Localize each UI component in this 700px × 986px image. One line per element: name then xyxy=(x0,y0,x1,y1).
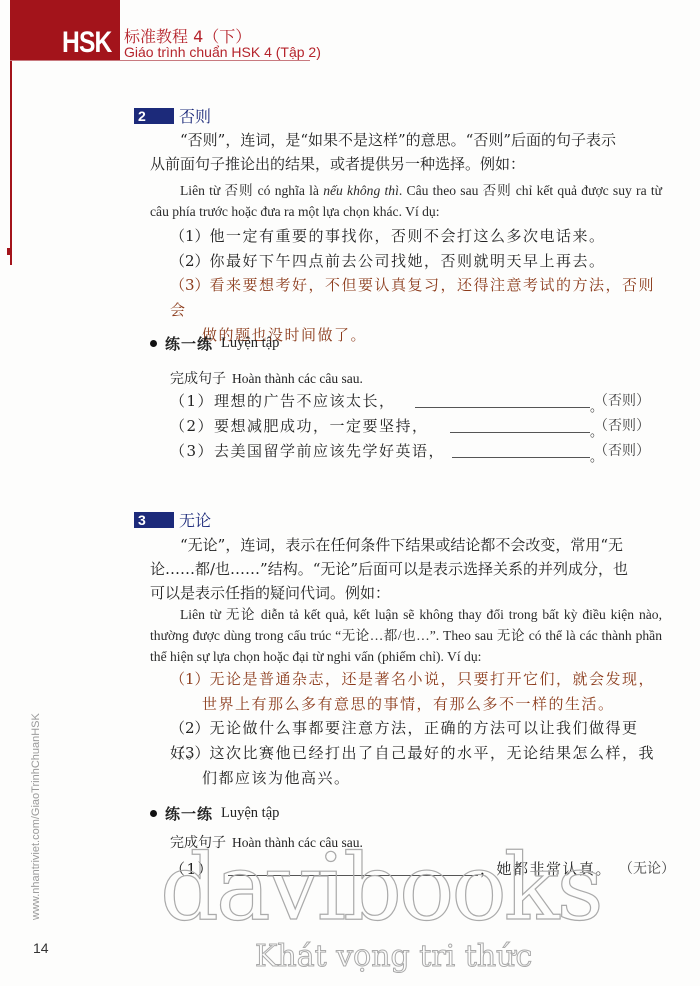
explanation-line: “无论”，连词，表示在任何条件下结果或结论都不会改变，常用“无 xyxy=(180,536,623,554)
example-text: 他一定有重要的事找你，否则不会打这么多次电话来。 xyxy=(210,227,606,245)
page-number: 14 xyxy=(33,940,49,956)
example-number: （2） xyxy=(170,252,210,270)
explanation-line: “否则”，连词，是“如果不是这样”的意思。“否则”后面的句子表示 xyxy=(180,131,616,149)
watermark-brand: davibooks xyxy=(160,842,601,934)
example-item: （1）他一定有重要的事找你，否则不会打这么多次电话来。 xyxy=(170,224,670,249)
explanation-line: 可以是表示任指的疑问代词。例如： xyxy=(150,581,662,605)
header-rule-horizontal xyxy=(10,60,310,61)
answer-blank[interactable] xyxy=(415,407,590,408)
exercise-text: 理想的广告不应该太长， xyxy=(214,392,396,410)
exercise-number: （3） xyxy=(170,442,214,460)
section-2-heading: 2 否则 xyxy=(134,104,211,127)
section-2-explanation-vi: Liên từ 否则 có nghĩa là nếu không thì. Câ… xyxy=(150,180,662,222)
side-url: www.nhantriviet.com/GiaoTrinhChuanHSK xyxy=(30,713,42,920)
example-item: （3）这次比赛他已经打出了自己最好的水平，无论结果怎么样，我 们都应该为他高兴。 xyxy=(170,741,670,791)
exercise-number: （1） xyxy=(170,392,214,410)
exercise-hint: （否则） xyxy=(594,440,650,460)
explanation-vi-text: Liên từ 无论 diễn tả kết quả, kết luận sẽ … xyxy=(150,607,662,664)
instruction-vi: Hoàn thành các câu sau. xyxy=(232,371,363,386)
example-number: （3） xyxy=(170,276,210,294)
instruction-cn: 完成句子 xyxy=(170,371,226,387)
section-title: 无论 xyxy=(179,508,211,531)
answer-blank[interactable] xyxy=(452,457,590,458)
practice-title-vi: Luyện tập xyxy=(221,335,279,352)
practice-title-vi: Luyện tập xyxy=(221,805,279,822)
example-text-continued: 世界上有那么多有意思的事情，有那么多不一样的生活。 xyxy=(170,692,670,717)
section-number-badge: 3 xyxy=(134,512,174,528)
bullet-icon xyxy=(150,810,157,817)
answer-blank[interactable] xyxy=(450,432,590,433)
example-text: 看来要想考好，不但要认真复习，还得注意考试的方法，否则会 xyxy=(170,276,655,319)
exercise-number: （2） xyxy=(170,417,214,435)
exercise-hint: （否则） xyxy=(594,390,650,410)
example-text: 你最好下午四点前去公司找她，否则就明天早上再去。 xyxy=(210,252,606,270)
exercise-text: 要想减肥成功，一定要坚持， xyxy=(214,417,429,435)
section-3-explanation-cn: “无论”，连词，表示在任何条件下结果或结论都不会改变，常用“无 论……都/也……… xyxy=(150,533,662,605)
exercise-hint: （无论） xyxy=(619,858,675,878)
section-title: 否则 xyxy=(179,104,211,127)
practice-heading: 练一练 Luyện tập xyxy=(150,333,279,354)
bullet-icon xyxy=(150,340,157,347)
example-item: （2）你最好下午四点前去公司找她，否则就明天早上再去。 xyxy=(170,249,670,274)
example-text: 这次比赛他已经打出了自己最好的水平，无论结果怎么样，我 xyxy=(210,744,656,762)
practice-title-cn: 练一练 xyxy=(165,333,213,354)
watermark-slogan: Khát vọng tri thức xyxy=(255,942,532,972)
exercise-prompt: （2）要想减肥成功，一定要坚持， xyxy=(170,415,429,436)
example-number: （2） xyxy=(170,719,210,737)
practice-title-cn: 练一练 xyxy=(165,803,213,824)
exercise-text: 去美国留学前应该先学好英语， xyxy=(214,442,445,460)
section-number-badge: 2 xyxy=(134,108,174,124)
exercise-row: （1）理想的广告不应该太长， 。 （否则） xyxy=(170,390,650,414)
book-title-vietnamese: Giáo trình chuẩn HSK 4 (Tập 2) xyxy=(124,44,321,60)
section-3-explanation-vi: Liên từ 无论 diễn tả kết quả, kết luận sẽ … xyxy=(150,604,662,667)
example-text: 无论是普通杂志，还是著名小说，只要打开它们，就会发现， xyxy=(210,670,656,688)
explanation-line: 论……都/也……”结构。“无论”后面可以是表示选择关系的并列成分，也 xyxy=(150,557,662,581)
header-rule-vertical xyxy=(10,60,12,265)
section-3-heading: 3 无论 xyxy=(134,508,211,531)
exercise-row: （3）去美国留学前应该先学好英语， 。 （否则） xyxy=(170,440,650,464)
exercise-prompt: （3）去美国留学前应该先学好英语， xyxy=(170,440,445,461)
example-number: （1） xyxy=(170,227,210,245)
exercise-prompt: （1）理想的广告不应该太长， xyxy=(170,390,396,411)
hsk-logo: HSK xyxy=(62,26,111,60)
example-text-continued: 们都应该为他高兴。 xyxy=(170,766,670,791)
explanation-vi-italic: nếu không thì xyxy=(323,183,399,198)
explanation-line: 从前面句子推论出的结果，或者提供另一种选择。例如： xyxy=(150,152,662,176)
example-number: （1） xyxy=(170,670,210,688)
practice-heading: 练一练 Luyện tập xyxy=(150,803,279,824)
example-number: （3） xyxy=(170,744,210,762)
practice-instruction: 完成句子Hoàn thành các câu sau. xyxy=(170,368,363,388)
exercise-hint: （否则） xyxy=(594,415,650,435)
example-item-highlighted: （1）无论是普通杂志，还是著名小说，只要打开它们，就会发现， 世界上有那么多有意… xyxy=(170,667,670,717)
exercise-row: （2）要想减肥成功，一定要坚持， 。 （否则） xyxy=(170,415,650,439)
section-2-explanation-cn: “否则”，连词，是“如果不是这样”的意思。“否则”后面的句子表示 从前面句子推论… xyxy=(150,128,662,176)
explanation-vi-text: Liên từ 否则 có nghĩa là xyxy=(180,183,323,198)
side-marker xyxy=(7,248,11,255)
